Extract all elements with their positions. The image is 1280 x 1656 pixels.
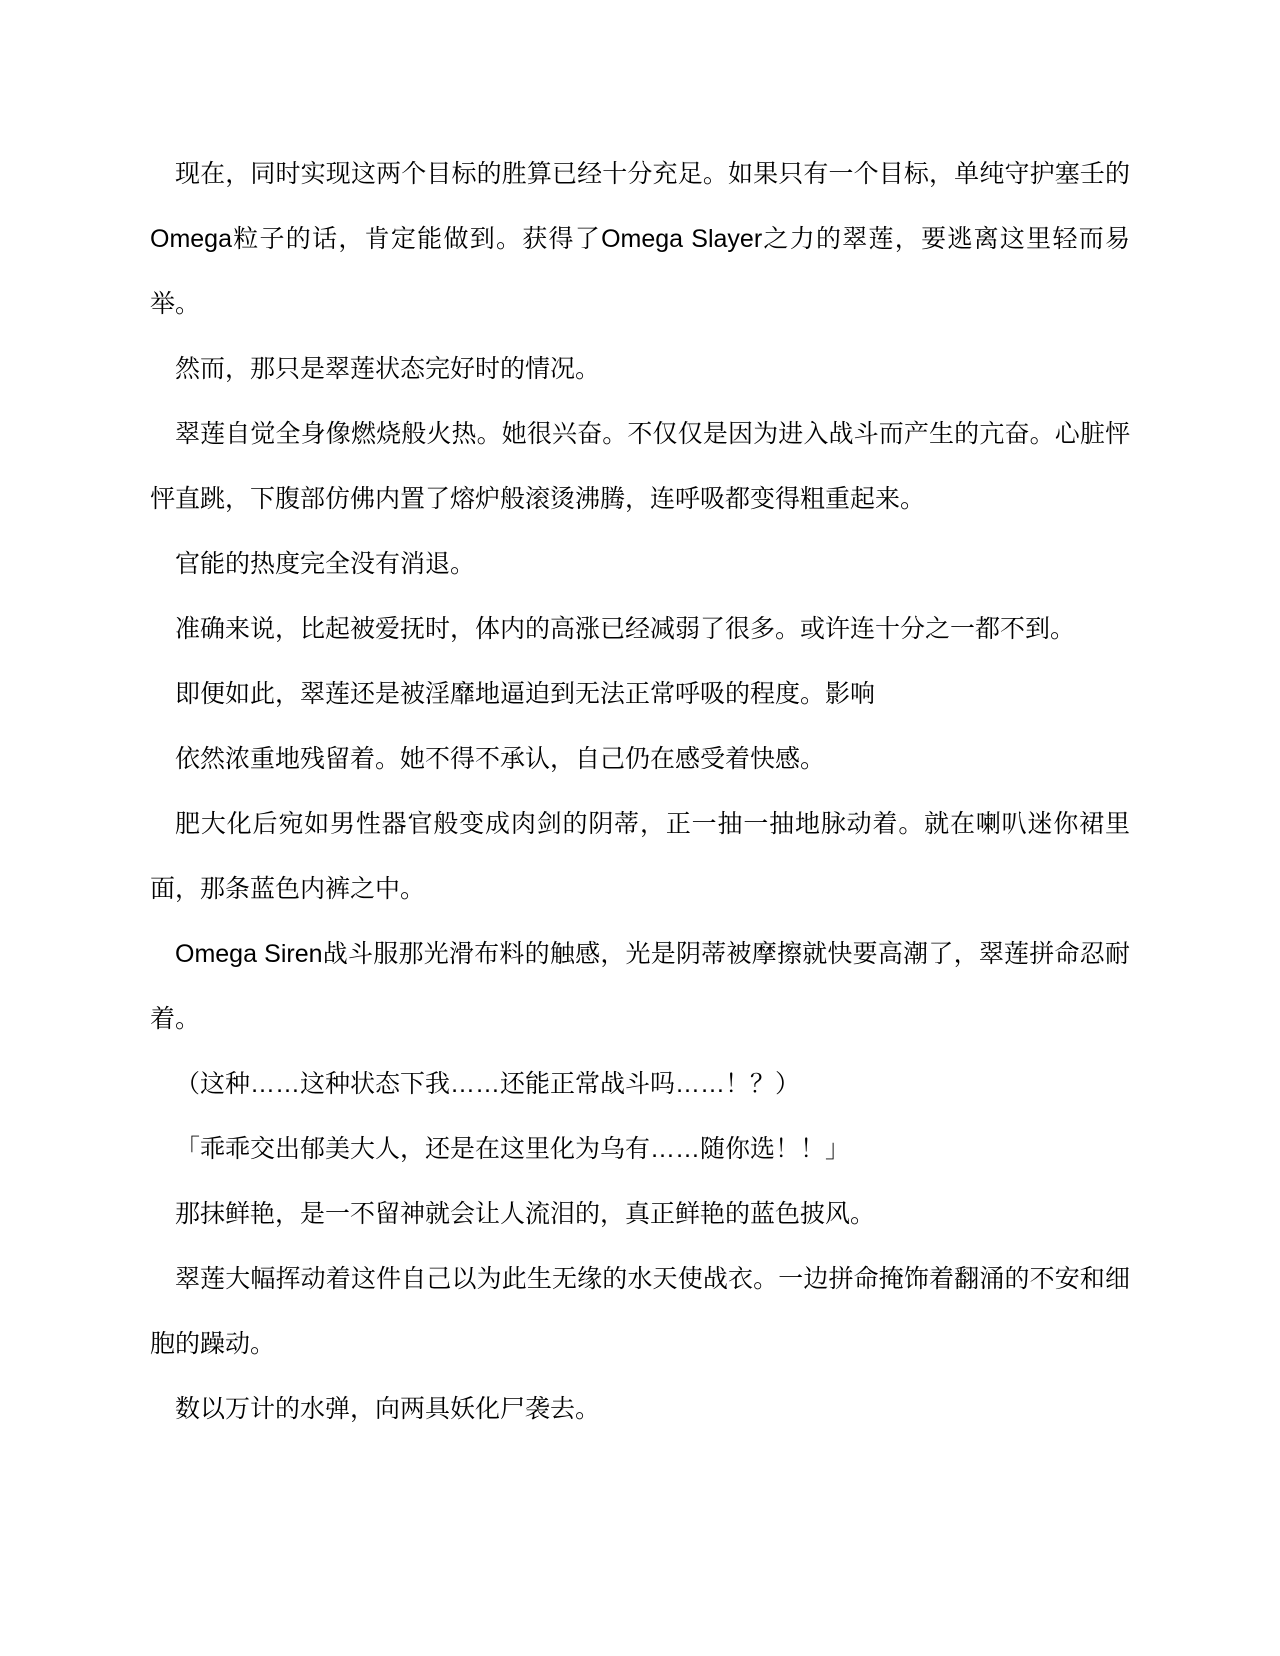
paragraph-3: 翠莲自觉全身像燃烧般火热。她很兴奋。不仅仅是因为进入战斗而产生的亢奋。心脏怦怦直… (150, 402, 1130, 532)
paragraph-6: 即便如此，翠莲还是被淫靡地逼迫到无法正常呼吸的程度。影响 (150, 662, 1130, 727)
paragraph-8: 肥大化后宛如男性器官般变成肉剑的阴蒂，正一抽一抽地脉动着。就在喇叭迷你裙里面，那… (150, 792, 1130, 922)
paragraph-4: 官能的热度完全没有消退。 (150, 532, 1130, 597)
paragraph-14: 数以万计的水弹，向两具妖化尸袭去。 (150, 1377, 1130, 1442)
paragraph-2: 然而，那只是翠莲状态完好时的情况。 (150, 337, 1130, 402)
paragraph-10: （这种……这种状态下我……还能正常战斗吗……！？） (150, 1052, 1130, 1117)
paragraph-13: 翠莲大幅挥动着这件自己以为此生无缘的水天使战衣。一边拼命掩饰着翻涌的不安和细胞的… (150, 1247, 1130, 1377)
paragraph-1: 现在，同时实现这两个目标的胜算已经十分充足。如果只有一个目标，单纯守护塞壬的Om… (150, 142, 1130, 337)
paragraph-5: 准确来说，比起被爱抚时，体内的高涨已经减弱了很多。或许连十分之一都不到。 (150, 597, 1130, 662)
paragraph-11: 「乖乖交出郁美大人，还是在这里化为乌有……随你选！！」 (150, 1117, 1130, 1182)
paragraph-7: 依然浓重地残留着。她不得不承认，自己仍在感受着快感。 (150, 727, 1130, 792)
paragraph-9: Omega Siren战斗服那光滑布料的触感，光是阴蒂被摩擦就快要高潮了，翠莲拼… (150, 922, 1130, 1052)
novel-page: 现在，同时实现这两个目标的胜算已经十分充足。如果只有一个目标，单纯守护塞壬的Om… (0, 0, 1280, 1656)
paragraph-12: 那抹鲜艳，是一不留神就会让人流泪的，真正鲜艳的蓝色披风。 (150, 1182, 1130, 1247)
text-content: 现在，同时实现这两个目标的胜算已经十分充足。如果只有一个目标，单纯守护塞壬的Om… (0, 0, 1280, 1442)
